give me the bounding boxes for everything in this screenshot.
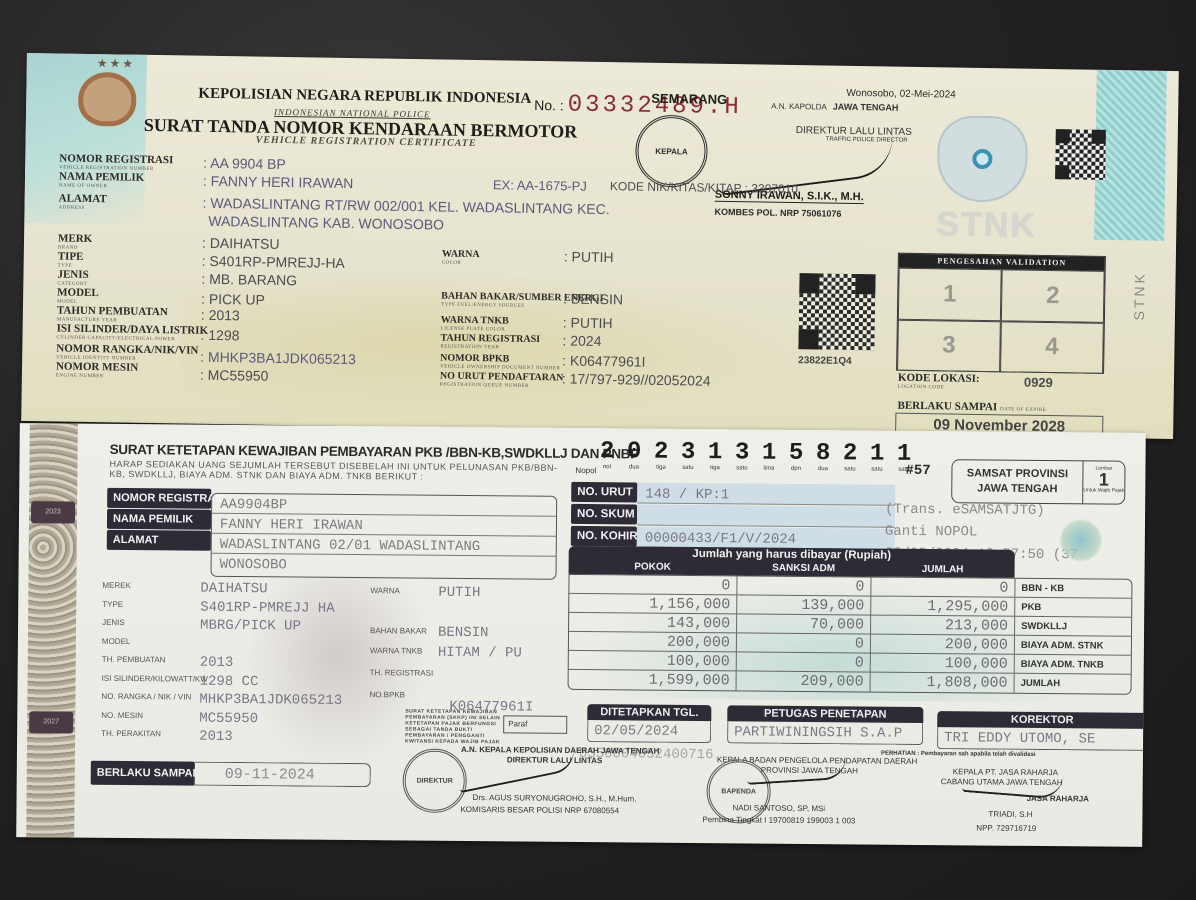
on-behalf-of: A.N. KAPOLDAJAWA TENGAH (771, 101, 898, 113)
samsat-line2: JAWA TENGAH (952, 481, 1082, 497)
qr-code-number: 23822E1Q4 (798, 355, 852, 367)
vehicle-fields-left: NOMOR REGISTRASIVEHICLE REGISTRATION NUM… (27, 53, 1179, 71)
document-title-en: VEHICLE REGISTRATION CERTIFICATE (256, 135, 477, 149)
stnk-watermark: STNK (936, 205, 1037, 246)
vehicle-label: WARNA TNKB (370, 646, 423, 655)
issuing-city: SEMARANG (651, 91, 727, 107)
hologram-year-badge: 2027 (29, 711, 73, 733)
vehicle-label: TH. PERAKITAN (101, 729, 161, 739)
nopol-digit: 3satu (674, 441, 701, 471)
stnk-field-value: : K06477961I (562, 353, 646, 368)
vehicle-label: NO. MESIN (101, 710, 143, 719)
vehicle-value: BENSIN (438, 625, 489, 641)
vehicle-value: MBRG/PICK UP (200, 618, 301, 635)
lembar-value: 1 (1083, 471, 1124, 487)
no-skum-value (637, 504, 895, 527)
serial-prefix: No. : (534, 97, 564, 113)
vehicle-label: BAHAN BAKAR (370, 626, 427, 635)
sig2-name: NADI SANTOSO, SP, MSi (732, 803, 825, 814)
row-label: SWDKLLJ (1015, 617, 1131, 636)
nopol-digit: 0dua (620, 440, 647, 470)
samsat-box: SAMSAT PROVINSIJAWA TENGAH Lembar1Untuk … (951, 459, 1125, 505)
vehicle-label: TH. PEMBUATAN (102, 655, 166, 665)
nopol-digit: 1satu (863, 442, 890, 472)
nopol-digits: 2nol0dua2tiga3satu1tiga3satu1lima5dpn8du… (593, 440, 917, 473)
row-label: BBN - KB (1015, 579, 1131, 598)
pokok-cell: 143,000 (569, 613, 737, 632)
stnk-field-value: : S401RP-PMREJJ-HA (202, 254, 345, 270)
stnk-emblem-icon (937, 115, 1028, 202)
counter-number: #57 (905, 463, 930, 479)
ditetapkan-label: DITETAPKAN TGL. (587, 704, 711, 721)
validation-cell: 1 (898, 268, 1002, 321)
reference-numbers: NO. URUT148 / KP:1 NO. SKUM NO. KOHIR000… (571, 482, 896, 551)
no-urut-row: NO. URUT148 / KP:1 (571, 482, 895, 506)
jumlah-cell: 100,000 (871, 654, 1015, 673)
no-skum-row: NO. SKUM (571, 504, 895, 528)
paraf-box: Paraf (503, 715, 567, 734)
star-icon: ★★★ (97, 56, 135, 71)
row-label: PKB (1015, 598, 1131, 617)
pokok-cell: 100,000 (569, 651, 737, 670)
receipt-subtitle: HARAP SEDIAKAN UANG SEJUMLAH TERSEBUT DI… (109, 459, 569, 483)
receipt-title: SURAT KETETAPAN KEWAJIBAN PEMBAYARAN PKB… (110, 442, 639, 462)
stnk-field-value: : PUTIH (564, 249, 614, 264)
sanksi-cell: 139,000 (737, 595, 871, 614)
vehicle-label: JENIS (102, 618, 125, 627)
location-code-value: 0929 (1024, 375, 1053, 390)
stnk-field-label: JENISCATEGORY (57, 269, 88, 286)
vehicle-value: S401RP-PMREJJ HA (200, 599, 335, 616)
no-urut-value: 148 / KP:1 (637, 482, 895, 505)
pokok-cell: 1,599,000 (569, 670, 737, 690)
payment-table-body: 000BBN - KB1,156,000139,0001,295,000PKB1… (568, 574, 1133, 695)
agency-name: KEPOLISIAN NEGARA REPUBLIK INDONESIA (198, 86, 531, 108)
nopol-digit: 2tiga (647, 441, 674, 471)
vehicle-value: DAIHATSU (200, 581, 267, 598)
validation-cell: 2 (1001, 269, 1105, 322)
stnk-field-value: : AA 9904 BP (203, 156, 286, 171)
sig1-title: KOMISARIS BESAR POLISI NRP 67080554 (460, 805, 619, 816)
skkp-expiry-label: BERLAKU SAMPAI (91, 761, 195, 786)
jasa-raharja-stamp: JASA RAHARJA (1027, 794, 1089, 805)
address-line-2: WONOSOBO (212, 554, 556, 577)
skkp-expiry-value: 09-11-2024 (195, 762, 371, 788)
row-label: BIAYA ADM. STNK (1015, 636, 1131, 655)
korektor-label: KOREKTOR (937, 711, 1146, 729)
stnk-field-value: : PICK UP (201, 292, 265, 307)
nopol-digit: 5dpn (782, 442, 809, 472)
row-label: JUMLAH (1015, 674, 1131, 694)
expiry-label: BERLAKU SAMPAI DATE OF EXPIRE (897, 401, 1046, 414)
petugas-label: PETUGAS PENETAPAN (727, 705, 923, 723)
nopol-digit: 1lima (755, 442, 782, 472)
kode-nik: KODE NIK/KITAS/KITAP : 3307010 (610, 180, 798, 195)
sanksi-cell: 209,000 (737, 671, 871, 691)
stnk-field-label: NO URUT PENDAFTARANREGISTRATION QUEUE NU… (440, 372, 564, 390)
sig1-name: Drs. AGUS SURYONUGROHO, S.H., M.Hum. (473, 793, 637, 804)
qr-code-icon (798, 273, 875, 350)
pokok-cell: 200,000 (569, 632, 737, 651)
stnk-field-value: : DAIHATSU (202, 236, 280, 251)
nopol-digit: 1tiga (701, 441, 728, 471)
stnk-field-value: WADASLINTANG KAB. WONOSOBO (208, 214, 444, 232)
stnk-field-value: : 17/797-929//02052024 (562, 371, 711, 387)
stnk-side-text: STNK (1131, 271, 1148, 321)
qr-code-icon (1055, 129, 1106, 180)
validation-grid: PENGESAHAN VALIDATION 1 2 3 4 (896, 253, 1106, 374)
stnk-field-label: WARNA TNKBLICENSE PLATE COLOR (441, 316, 509, 333)
nopol-digit: 3satu (728, 441, 755, 471)
stnk-field-value: : 2024 (562, 333, 601, 348)
stnk-field-value: : MB. BARANG (201, 272, 297, 288)
ditetapkan-value: 02/05/2024 (587, 720, 711, 743)
stnk-field-value: : MHKP3BA1JDK065213 (200, 350, 356, 366)
seal-text: KEPALA (655, 146, 687, 156)
vehicle-value: MHKP3BA1JDK065213 (199, 692, 342, 709)
stnk-field-label: NOMOR REGISTRASIVEHICLE REGISTRATION NUM… (59, 153, 173, 172)
validation-cell: 3 (897, 319, 1001, 372)
jumlah-cell: 1,808,000 (871, 673, 1015, 693)
stnk-field-label: ISI SILINDER/DAYA LISTRIKCYLINDER CAPACI… (56, 323, 208, 342)
vehicle-label: MEREK (102, 581, 131, 590)
vehicle-value: 2013 (199, 729, 233, 745)
skkp-note: SURAT KETETAPAN KEWAJIBAN PEMBAYARAN (SK… (405, 708, 501, 745)
pokok-cell: 0 (569, 575, 737, 594)
nopol-digit: 2nol (593, 440, 620, 470)
no-skum-label: NO. SKUM (571, 504, 637, 525)
stnk-field-label: NOMOR BPKBVEHICLE OWNERSHIP DOCUMENT NUM… (440, 354, 560, 372)
no-urut-label: NO. URUT (571, 482, 637, 503)
row-label: BIAYA ADM. TNKB (1015, 655, 1131, 674)
stnk-field-value: : 2013 (201, 308, 240, 323)
vehicle-value: PUTIH (438, 585, 480, 601)
sanksi-cell: 0 (737, 576, 871, 595)
no-kohir-label: NO. KOHIR (571, 526, 637, 547)
col-pokok: POKOK (569, 560, 737, 575)
payment-table: Jumlah yang harus dibayar (Rupiah) POKOK… (568, 546, 1133, 695)
stnk-field-value: : BENSIN (563, 291, 623, 306)
nopol-digit: 2satu (836, 442, 863, 472)
owner-block: NOMOR REGISTRASI NAMA PEMILIK ALAMAT AA9… (107, 488, 558, 555)
owner-values: AA9904BP FANNY HERI IRAWAN WADASLINTANG … (210, 493, 557, 580)
stnk-field-label: TIPETYPE (58, 251, 84, 268)
jumlah-cell: 0 (871, 578, 1015, 597)
sanksi-cell: 0 (737, 633, 871, 652)
vehicle-label: NO. RANGKA / NIK / VIN (101, 692, 191, 702)
samsat-line1: SAMSAT PROVINSI (952, 466, 1082, 482)
vehicle-label: WARNA (370, 586, 400, 595)
payment-table-header: Jumlah yang harus dibayar (Rupiah) POKOK… (569, 546, 1015, 578)
petugas-value: PARTIWININGSIH S.A.P (727, 721, 923, 745)
jumlah-cell: 213,000 (871, 616, 1015, 635)
lembar-sub: Untuk Wajib Pajak (1083, 487, 1124, 493)
col-jumlah: JUMLAH (871, 563, 1015, 578)
stnk-field-label: NAMA PEMILIKNAME OF OWNER (59, 171, 145, 189)
vehicle-label: TYPE (102, 599, 123, 608)
sanksi-cell: 70,000 (737, 614, 871, 633)
an-kapolda-text: A.N. KAPOLDA (771, 102, 827, 112)
vehicle-label: TH. REGISTRASI (370, 668, 434, 678)
reg-number-label: NOMOR REGISTRASI (107, 488, 211, 509)
stnk-field-label: TAHUN PEMBUATANMANUFACTURE YEAR (57, 305, 168, 324)
sig3-name: TRIADI, S.H (988, 810, 1032, 820)
pokok-cell: 1,156,000 (569, 594, 737, 613)
sig2-title: Pembina Tingkat I 19700819 199003 1 003 (702, 815, 855, 826)
jumlah-cell: 200,000 (871, 635, 1015, 654)
stnk-field-value: : MC55950 (200, 368, 269, 383)
vehicle-label: MODEL (102, 636, 131, 645)
stnk-field-label: MODELMODEL (57, 287, 99, 305)
sig3-title: NPP. 729716719 (976, 823, 1036, 834)
stnk-field-label: TAHUN REGISTRASIREGISTRATION YEAR (440, 334, 540, 352)
vehicle-label: ISI SILINDER/KILOWATT/KW (102, 673, 208, 683)
location-code-label: KODE LOKASI:LOCATION CODE (898, 373, 980, 391)
official-seal-icon: KEPALA (635, 115, 708, 188)
stamp-text: DIREKTUR (417, 777, 453, 784)
hologram-strip (26, 423, 78, 837)
ex-plate: EX: AA-1675-PJ (493, 178, 587, 192)
region-text: JAWA TENGAH (833, 102, 899, 113)
address-label: ALAMAT (107, 530, 211, 551)
vehicle-label: NO.BPKB (369, 690, 405, 699)
col-sanksi: SANKSI ADM (737, 561, 871, 576)
officer-nrp: KOMBES POL. NRP 75061076 (714, 207, 841, 219)
stnk-certificate: ★★★ KEPOLISIAN NEGARA REPUBLIK INDONESIA… (21, 53, 1179, 439)
issue-place-date: Wonosobo, 02-Mei-2024 (846, 88, 955, 101)
stamp-text: BAPENDA (721, 788, 756, 795)
hologram-year-badge: 2023 (31, 501, 75, 523)
sanksi-cell: 0 (737, 652, 871, 671)
police-emblem-icon (78, 72, 137, 127)
stnk-field-label: NOMOR MESINENGINE NUMBER (56, 361, 138, 379)
validation-cell: 4 (1000, 321, 1104, 374)
nopol-digit: 8dua (809, 442, 836, 472)
vehicle-value: MC55950 (199, 710, 258, 727)
vehicle-fields-right: WARNACOLOR: PUTIHBAHAN BAKAR/SUMBER ENER… (27, 53, 1179, 71)
owner-name-label: NAMA PEMILIK (107, 509, 211, 530)
stnk-field-label: ALAMATADDRESS (58, 193, 106, 211)
stnk-field-value: : FANNY HERI IRAWAN (203, 174, 354, 190)
jumlah-cell: 1,295,000 (871, 597, 1015, 616)
tax-assessment-receipt: 2023 2027 SURAT KETETAPAN KEWAJIBAN PEMB… (16, 423, 1146, 847)
stnk-field-value: : PUTIH (563, 315, 613, 330)
vehicle-value: 2013 (200, 655, 234, 671)
stnk-field-value: : 1298 (200, 328, 239, 343)
stnk-field-label: MERKBRAND (58, 233, 92, 251)
payment-row: 1,599,000209,0001,808,000JUMLAH (569, 670, 1131, 694)
vehicle-value: HITAM / PU (438, 645, 522, 662)
vehicle-value: 1298 CC (200, 673, 259, 690)
signature (746, 755, 847, 785)
korektor-value: TRI EDDY UTOMO, SE (937, 727, 1146, 751)
stnk-field-label: WARNACOLOR (442, 250, 480, 267)
